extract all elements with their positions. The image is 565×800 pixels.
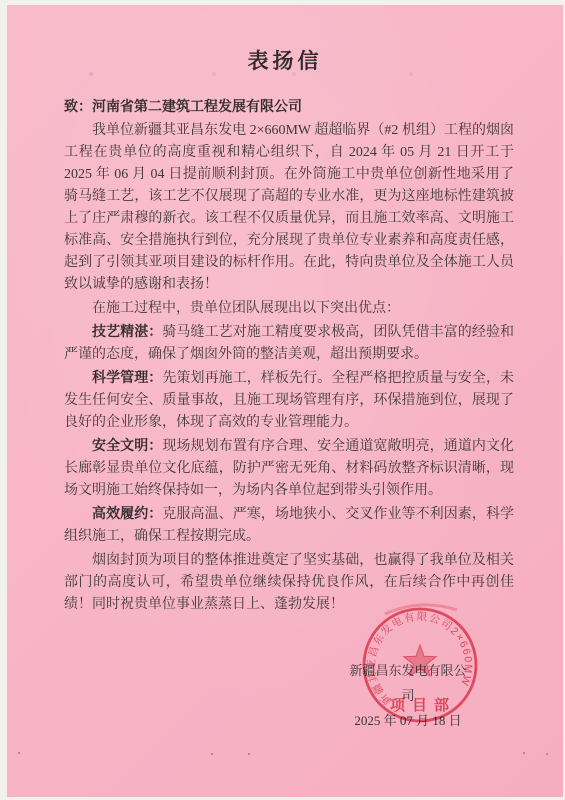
scan-speckles	[7, 5, 9, 7]
intro-paragraph: 我单位新疆其亚昌东发电 2×660MW 超超临界（#2 机组）工程的烟囱工程在贵…	[64, 120, 514, 296]
salutation-label: 致：	[64, 100, 92, 115]
strength-item-efficiency: 高效履约：克服高温、严寒，场地狭小、交叉作业等不利因素，科学组织施工，确保工程按…	[64, 504, 514, 548]
letter-body: 致：河南省第二建筑工程发展有限公司 我单位新疆其亚昌东发电 2×660MW 超超…	[64, 97, 514, 618]
letter-paper: 表扬信 致：河南省第二建筑工程发展有限公司 我单位新疆其亚昌东发电 2×660M…	[7, 5, 563, 797]
closing-paragraph: 烟囱封顶为项目的整体推进奠定了坚实基础，也赢得了我单位及相关部门的高度认可，希望…	[64, 550, 514, 616]
strength-lead: 高效履约：	[92, 507, 162, 522]
strength-item-craftsmanship: 技艺精湛：骑马缝工艺对施工精度要求极高，团队凭借丰富的经验和严谨的态度，确保了烟…	[64, 322, 514, 366]
signature-date: 2025 年 07 月 18 日	[345, 708, 471, 733]
strength-lead: 科学管理：	[92, 371, 162, 386]
strength-item-management: 科学管理：先策划再施工，样板先行。全程严格把控质量与安全，未发生任何安全、质量事…	[64, 368, 514, 434]
strengths-intro: 在施工过程中，贵单位团队展现出以下突出优点：	[64, 298, 514, 320]
letter-title: 表扬信	[7, 5, 563, 75]
recipient-name: 河南省第二建筑工程发展有限公司	[92, 100, 302, 115]
strength-item-safety: 安全文明：现场规划布置有序合理、安全通道宽敞明亮，通道内文化长廊彰显贵单位文化底…	[64, 436, 514, 502]
strength-lead: 技艺精湛：	[92, 325, 162, 340]
salutation-line: 致：河南省第二建筑工程发展有限公司	[64, 97, 514, 119]
strength-lead: 安全文明：	[92, 439, 162, 454]
signature-block: 新疆昌东发电有限公司 2025 年 07 月 18 日	[345, 658, 471, 733]
scanned-letter-page: 表扬信 致：河南省第二建筑工程发展有限公司 我单位新疆其亚昌东发电 2×660M…	[0, 0, 565, 800]
signature-company: 新疆昌东发电有限公司	[345, 658, 471, 708]
